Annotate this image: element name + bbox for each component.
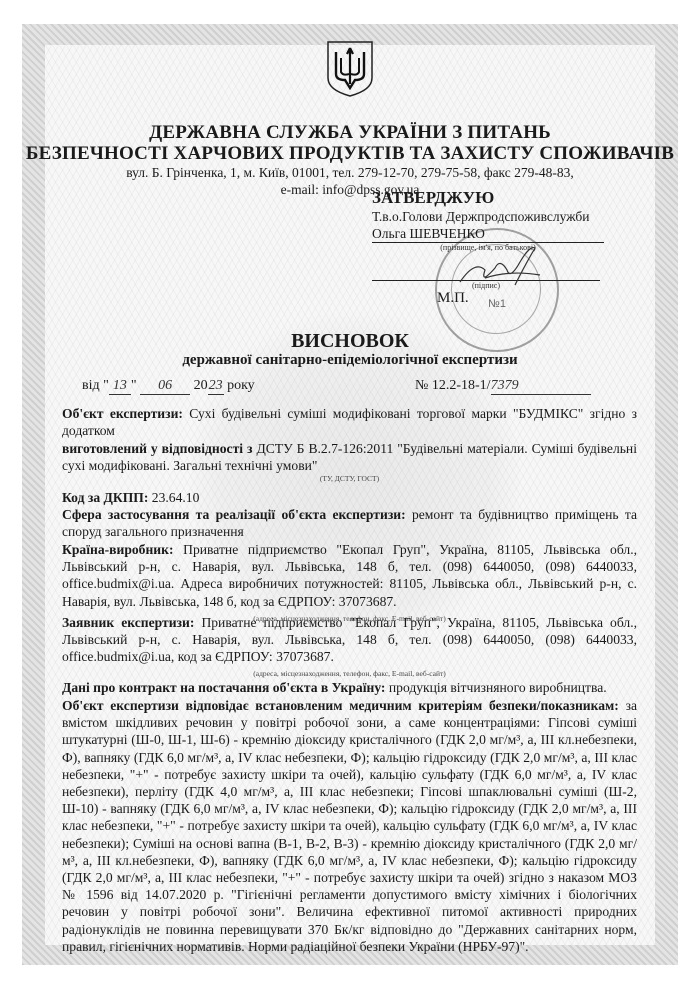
document-number-value: 7379 bbox=[491, 378, 591, 395]
approver-position: Т.в.о.Голови Держпродспоживслужби bbox=[372, 208, 632, 225]
date-year: 23 bbox=[208, 378, 224, 395]
section-object: Об'єкт експертизи: Сухі будівельні суміш… bbox=[62, 405, 637, 439]
section-criteria: Об'єкт експертизи відповідає встановлени… bbox=[62, 697, 637, 955]
org-address: вул. Б. Грінченка, 1, м. Київ, 01001, те… bbox=[0, 165, 700, 181]
org-name-line1: ДЕРЖАВНА СЛУЖБА УКРАЇНИ З ПИТАНЬ bbox=[0, 122, 700, 144]
date-month: 06 bbox=[140, 378, 190, 395]
approval-title: ЗАТВЕРДЖУЮ bbox=[372, 188, 632, 208]
section-applicant: Заявник експертизи: Приватне підприємств… bbox=[62, 614, 637, 678]
section-country: Країна-виробник: Приватне підприємство "… bbox=[62, 541, 637, 623]
handwritten-signature-icon bbox=[455, 240, 545, 295]
trident-emblem-icon bbox=[325, 40, 375, 98]
seal-label: М.П. bbox=[437, 290, 469, 307]
org-name-line2: БЕЗПЕЧНОСТІ ХАРЧОВИХ ПРОДУКТІВ ТА ЗАХИСТ… bbox=[0, 143, 700, 165]
document-subtitle: державної санітарно-епідеміологічної екс… bbox=[0, 352, 700, 369]
section-manufactured: виготовлений у відповідності з ДСТУ Б В.… bbox=[62, 440, 637, 483]
document-date: від "13" 06 2023 року bbox=[82, 378, 255, 395]
section-contract: Дані про контракт на постачання об'єкта … bbox=[62, 679, 637, 696]
document-number: № 12.2-18-1/7379 bbox=[415, 378, 591, 395]
section-dkpp: Код за ДКПП: 23.64.10 bbox=[62, 489, 637, 506]
document-title: ВИСНОВОК bbox=[0, 330, 700, 353]
date-day: 13 bbox=[109, 378, 131, 395]
section-scope: Сфера застосування та реалізації об'єкта… bbox=[62, 506, 637, 540]
